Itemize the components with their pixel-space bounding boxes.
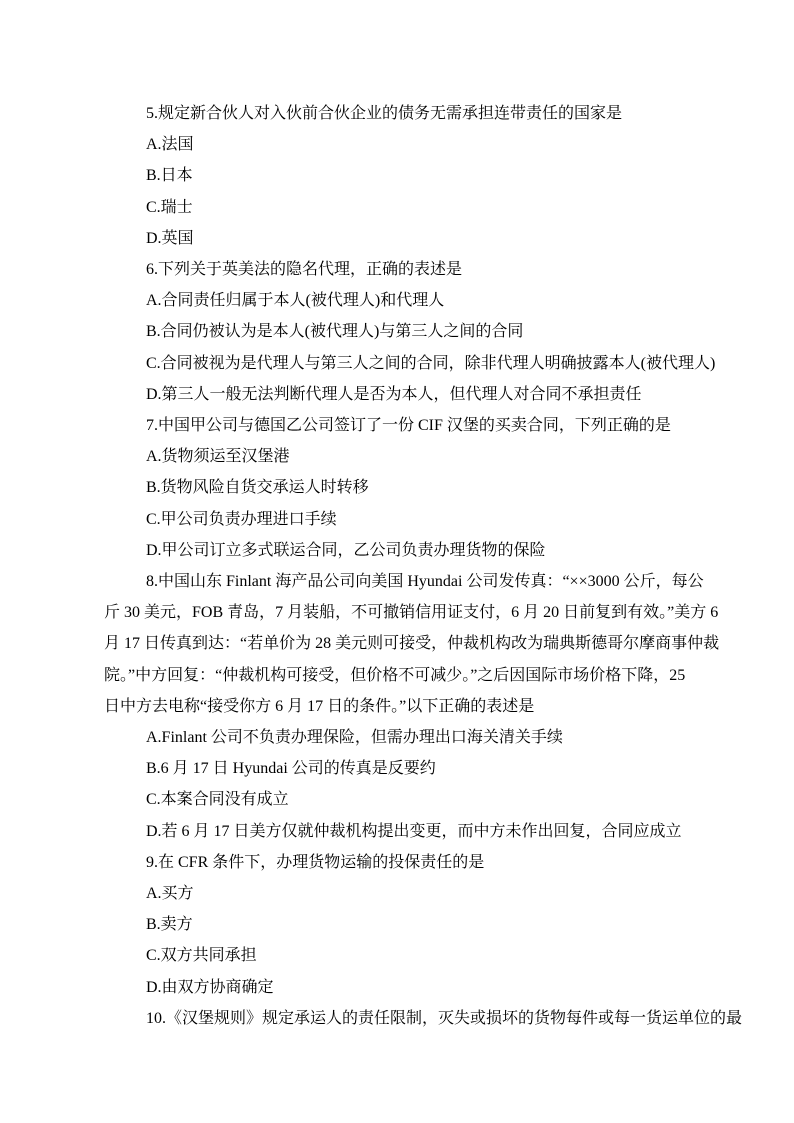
question-stem-line: 日中方去电称“接受你方 6 月 17 日的条件。”以下正确的表述是 — [104, 691, 682, 722]
question-stem-line: 月 17 日传真到达：“若单价为 28 美元则可接受，仲裁机构改为瑞典斯德哥尔摩… — [104, 628, 682, 659]
option-line: C.本案合同没有成立 — [104, 784, 682, 815]
option-line: D.若 6 月 17 日美方仅就仲裁机构提出变更，而中方未作出回复，合同应成立 — [104, 816, 682, 847]
question-stem-line: 7.中国甲公司与德国乙公司签订了一份 CIF 汉堡的买卖合同，下列正确的是 — [104, 410, 682, 441]
question-stem-line: 5.规定新合伙人对入伙前合伙企业的债务无需承担连带责任的国家是 — [104, 98, 682, 129]
question-stem-line: 9.在 CFR 条件下，办理货物运输的投保责任的是 — [104, 847, 682, 878]
question-stem-line: 8.中国山东 Finlant 海产品公司向美国 Hyundai 公司发传真：“×… — [104, 566, 682, 597]
question-7: 7.中国甲公司与德国乙公司签订了一份 CIF 汉堡的买卖合同，下列正确的是A.货… — [104, 410, 682, 566]
option-line: A.Finlant 公司不负责办理保险，但需办理出口海关清关手续 — [104, 722, 682, 753]
option-line: B.6 月 17 日 Hyundai 公司的传真是反要约 — [104, 753, 682, 784]
option-line: C.甲公司负责办理进口手续 — [104, 504, 682, 535]
question-stem-line: 院。”中方回复：“仲裁机构可接受，但价格不可减少。”之后因国际市场价格下降，25 — [104, 660, 682, 691]
option-line: B.合同仍被认为是本人(被代理人)与第三人之间的合同 — [104, 316, 682, 347]
option-line: C.双方共同承担 — [104, 940, 682, 971]
option-line: D.甲公司订立多式联运合同，乙公司负责办理货物的保险 — [104, 535, 682, 566]
question-stem-line: 10.《汉堡规则》规定承运人的责任限制，灭失或损坏的货物每件或每一货运单位的最 — [104, 1003, 682, 1034]
question-stem-line: 斤 30 美元，FOB 青岛，7 月装船，不可撤销信用证支付，6 月 20 日前… — [104, 597, 682, 628]
option-line: A.法国 — [104, 129, 682, 160]
option-line: A.合同责任归属于本人(被代理人)和代理人 — [104, 285, 682, 316]
option-line: B.日本 — [104, 160, 682, 191]
option-line: A.货物须运至汉堡港 — [104, 441, 682, 472]
option-line: D.由双方协商确定 — [104, 972, 682, 1003]
option-line: B.卖方 — [104, 909, 682, 940]
question-6: 6.下列关于英美法的隐名代理，正确的表述是A.合同责任归属于本人(被代理人)和代… — [104, 254, 682, 410]
option-line: D.第三人一般无法判断代理人是否为本人，但代理人对合同不承担责任 — [104, 379, 682, 410]
option-line: A.买方 — [104, 878, 682, 909]
option-line: B.货物风险自货交承运人时转移 — [104, 472, 682, 503]
question-8: 8.中国山东 Finlant 海产品公司向美国 Hyundai 公司发传真：“×… — [104, 566, 682, 847]
option-line: D.英国 — [104, 223, 682, 254]
option-line: C.瑞士 — [104, 192, 682, 223]
exam-questions: 5.规定新合伙人对入伙前合伙企业的债务无需承担连带责任的国家是A.法国B.日本C… — [104, 98, 682, 1034]
option-line: C.合同被视为是代理人与第三人之间的合同，除非代理人明确披露本人(被代理人) — [104, 348, 682, 379]
question-5: 5.规定新合伙人对入伙前合伙企业的债务无需承担连带责任的国家是A.法国B.日本C… — [104, 98, 682, 254]
document-page: 5.规定新合伙人对入伙前合伙企业的债务无需承担连带责任的国家是A.法国B.日本C… — [0, 0, 794, 1123]
question-10: 10.《汉堡规则》规定承运人的责任限制，灭失或损坏的货物每件或每一货运单位的最 — [104, 1003, 682, 1034]
question-stem-line: 6.下列关于英美法的隐名代理，正确的表述是 — [104, 254, 682, 285]
question-9: 9.在 CFR 条件下，办理货物运输的投保责任的是A.买方B.卖方C.双方共同承… — [104, 847, 682, 1003]
